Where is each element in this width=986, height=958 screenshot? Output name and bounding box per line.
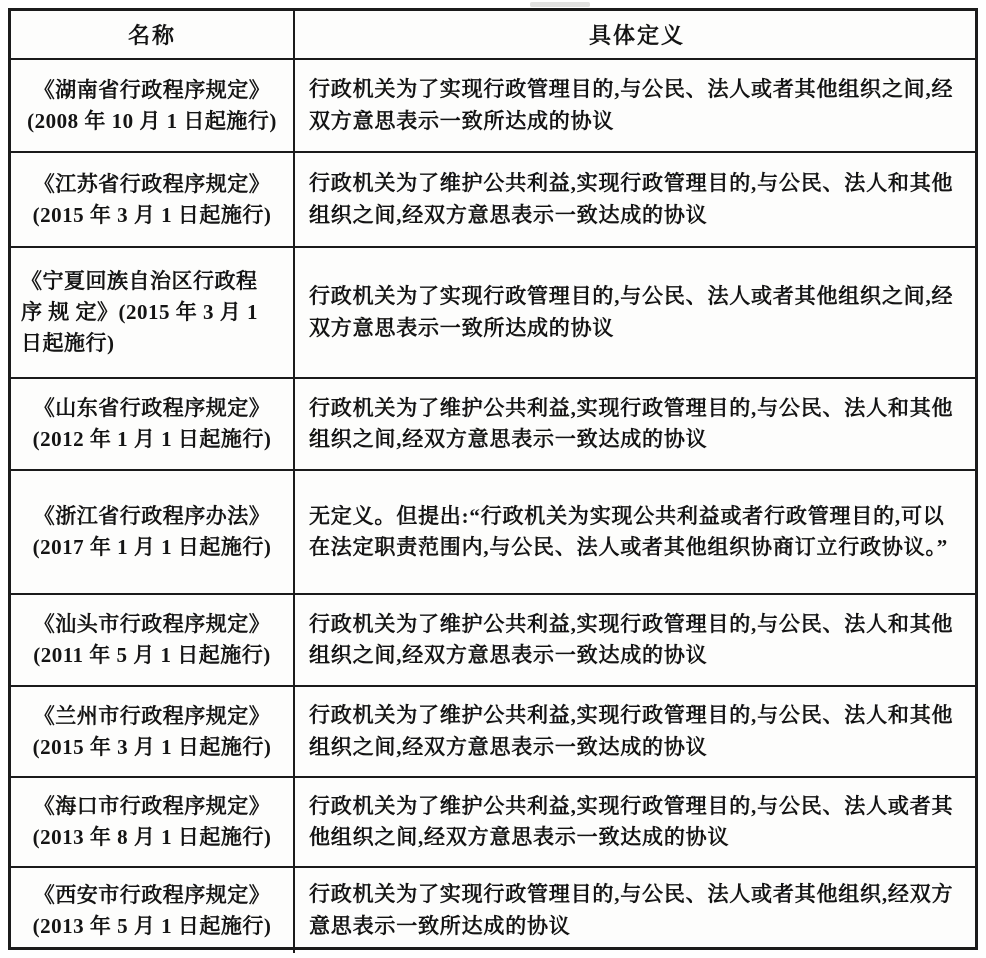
table-row-lanzhou: 《兰州市行政程序规定》 (2015 年 3 月 1 日起施行) 行政机关为了维护… [11, 685, 975, 776]
definition-cell: 行政机关为了实现行政管理目的,与公民、法人或者其他组织,经双方意思表示一致所达成… [295, 868, 975, 953]
definition-cell: 行政机关为了维护公共利益,实现行政管理目的,与公民、法人和其他组织之间,经双方意… [295, 595, 975, 685]
table-row-ningxia: 《宁夏回族自治区行政程 序 规 定》(2015 年 3 月 1 日起施行) 行政… [11, 246, 975, 377]
definition-cell: 行政机关为了维护公共利益,实现行政管理目的,与公民、法人和其他组织之间,经双方意… [295, 153, 975, 246]
regulation-name-cell: 《兰州市行政程序规定》 (2015 年 3 月 1 日起施行) [11, 687, 295, 776]
table-row-xian: 《西安市行政程序规定》 (2013 年 5 月 1 日起施行) 行政机关为了实现… [11, 866, 975, 953]
table-header-row: 名称 具体定义 [11, 11, 975, 58]
definition-cell: 行政机关为了维护公共利益,实现行政管理目的,与公民、法人和其他组织之间,经双方意… [295, 687, 975, 776]
table-row-shandong: 《山东省行政程序规定》 (2012 年 1 月 1 日起施行) 行政机关为了维护… [11, 377, 975, 469]
definition-cell: 行政机关为了维护公共利益,实现行政管理目的,与公民、法人或者其他组织之间,经双方… [295, 778, 975, 866]
regulation-name-cell: 《湖南省行政程序规定》 (2008 年 10 月 1 日起施行) [11, 60, 295, 151]
table-row-shantou: 《汕头市行政程序规定》 (2011 年 5 月 1 日起施行) 行政机关为了维护… [11, 593, 975, 685]
table-row-jiangsu: 《江苏省行政程序规定》 (2015 年 3 月 1 日起施行) 行政机关为了维护… [11, 151, 975, 246]
definition-cell: 行政机关为了维护公共利益,实现行政管理目的,与公民、法人和其他组织之间,经双方意… [295, 379, 975, 469]
scanned-document-page: 名称 具体定义 《湖南省行政程序规定》 (2008 年 10 月 1 日起施行)… [0, 0, 986, 958]
regulation-name-cell: 《海口市行政程序规定》 (2013 年 8 月 1 日起施行) [11, 778, 295, 866]
regulation-name-cell: 《汕头市行政程序规定》 (2011 年 5 月 1 日起施行) [11, 595, 295, 685]
definition-cell: 行政机关为了实现行政管理目的,与公民、法人或者其他组织之间,经双方意思表示一致所… [295, 248, 975, 377]
definition-cell: 无定义。但提出:“行政机关为实现公共利益或者行政管理目的,可以在法定职责范围内,… [295, 471, 975, 593]
table-row-haikou: 《海口市行政程序规定》 (2013 年 8 月 1 日起施行) 行政机关为了维护… [11, 776, 975, 866]
administrative-agreement-definitions-table: 名称 具体定义 《湖南省行政程序规定》 (2008 年 10 月 1 日起施行)… [8, 8, 978, 950]
regulation-name-cell: 《浙江省行政程序办法》 (2017 年 1 月 1 日起施行) [11, 471, 295, 593]
table-row-zhejiang: 《浙江省行政程序办法》 (2017 年 1 月 1 日起施行) 无定义。但提出:… [11, 469, 975, 593]
column-header-definition: 具体定义 [295, 11, 975, 58]
table-row-hunan: 《湖南省行政程序规定》 (2008 年 10 月 1 日起施行) 行政机关为了实… [11, 58, 975, 151]
scan-smudge-artifact [530, 2, 590, 7]
regulation-name-cell: 《山东省行政程序规定》 (2012 年 1 月 1 日起施行) [11, 379, 295, 469]
regulation-name-cell: 《宁夏回族自治区行政程 序 规 定》(2015 年 3 月 1 日起施行) [11, 248, 295, 377]
column-header-name: 名称 [11, 11, 295, 58]
regulation-name-cell: 《江苏省行政程序规定》 (2015 年 3 月 1 日起施行) [11, 153, 295, 246]
definition-cell: 行政机关为了实现行政管理目的,与公民、法人或者其他组织之间,经双方意思表示一致所… [295, 60, 975, 151]
regulation-name-cell: 《西安市行政程序规定》 (2013 年 5 月 1 日起施行) [11, 868, 295, 953]
